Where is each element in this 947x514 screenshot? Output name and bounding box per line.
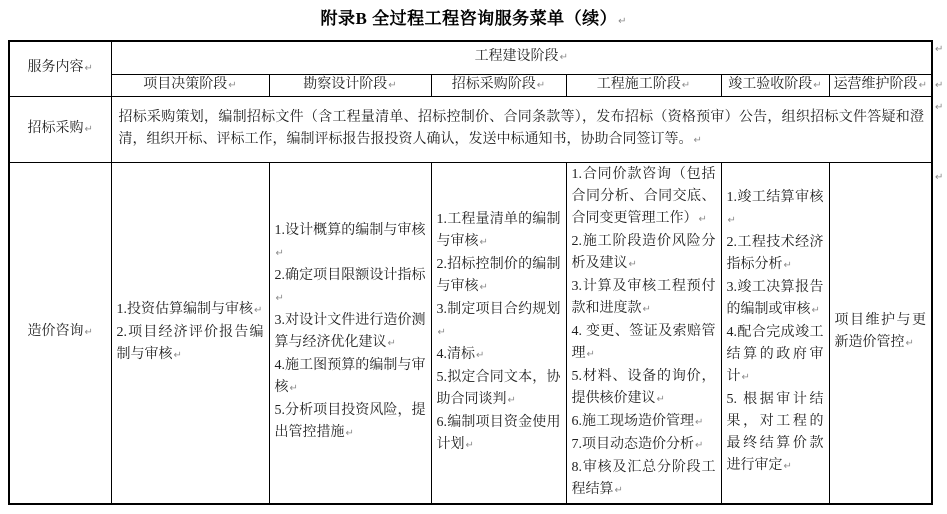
service-item: 1.竣工结算审核↵ xyxy=(727,187,824,232)
service-item-text: 1.合同价款咨询（包括合同分析、合同交底、合同变更管理工作） xyxy=(572,167,716,226)
paragraph-mark-icon: ↵ xyxy=(699,214,707,225)
service-item: 5.拟定合同文本，协助合同谈判↵ xyxy=(437,367,561,412)
service-menu-table: 服务内容↵ 工程建设阶段↵ 项目决策阶段↵ 勘察设计阶段↵ 招标采购阶段↵ 工程… xyxy=(8,40,933,505)
header-construction-phase-label: 工程建设阶段 xyxy=(475,49,559,64)
paragraph-mark-icon: ↵ xyxy=(629,259,637,270)
header-cell-stage-survey-design: 勘察设计阶段↵ xyxy=(269,74,431,96)
paragraph-mark-icon: ↵ xyxy=(276,293,284,304)
header-cell-stage-operation: 运营维护阶段↵ xyxy=(829,74,932,96)
row-label-bidding: 招标采购 xyxy=(28,121,84,136)
stage-header-label: 运营维护阶段 xyxy=(834,77,918,92)
header-cell-stage-completion: 竣工验收阶段↵ xyxy=(721,74,829,96)
service-item-text: 5.拟定合同文本，协助合同谈判 xyxy=(437,370,561,407)
paragraph-mark-icon: ↵ xyxy=(682,80,690,91)
paragraph-mark-icon: ↵ xyxy=(657,394,665,405)
service-item: 3.制定项目合约规划↵ xyxy=(437,299,561,344)
service-item: 5.分析项目投资风险，提出管控措施↵ xyxy=(275,400,426,445)
paragraph-mark-icon: ↵ xyxy=(728,215,736,226)
row-end-mark-icon: ↵ xyxy=(935,172,947,183)
header-cell-stage-bidding: 招标采购阶段↵ xyxy=(431,74,566,96)
paragraph-mark-icon: ↵ xyxy=(290,383,298,394)
cost-cell-construction-stage: 1.合同价款咨询（包括合同分析、合同交底、合同变更管理工作）↵2.施工阶段造价风… xyxy=(566,162,721,504)
service-item: 4.配合完成竣工结算的政府审计↵ xyxy=(727,322,824,389)
cost-cell-decision-stage: 1.投资估算编制与审核↵2.项目经济评价报告编制与审核↵ xyxy=(111,162,269,504)
row-end-mark-icon: ↵ xyxy=(935,44,947,55)
paragraph-mark-icon: ↵ xyxy=(742,372,750,383)
service-item-text: 5. 根据审计结果，对工程的最终结算价款进行审定 xyxy=(727,392,824,473)
paragraph-mark-icon: ↵ xyxy=(476,350,484,361)
service-item: 2.招标控制价的编制与审核↵ xyxy=(437,254,561,299)
paragraph-mark-icon: ↵ xyxy=(694,135,702,146)
service-item: 1.工程量清单的编制与审核↵ xyxy=(437,209,561,254)
paragraph-mark-icon: ↵ xyxy=(480,237,488,248)
paragraph-mark-icon: ↵ xyxy=(587,349,595,360)
stage-header-label: 勘察设计阶段 xyxy=(303,77,387,92)
header-cell-stage-construction: 工程施工阶段↵ xyxy=(566,74,721,96)
service-item: 3.竣工决算报告的编制或审核↵ xyxy=(727,277,824,322)
service-item: 8.审核及汇总分阶段工程结算↵ xyxy=(572,457,716,502)
service-item: 2.工程技术经济指标分析↵ xyxy=(727,232,824,277)
service-item: 4. 变更、签证及索赔管理↵ xyxy=(572,321,716,366)
paragraph-mark-icon: ↵ xyxy=(695,417,703,428)
service-item-text: 6.编制项目资金使用计划 xyxy=(437,415,561,452)
service-item-text: 1.设计概算的编制与审核 xyxy=(275,223,426,238)
service-item: 6.施工现场造价管理↵ xyxy=(572,411,716,434)
paragraph-mark-icon: ↵ xyxy=(346,428,354,439)
row-end-mark-icon: ↵ xyxy=(935,80,947,91)
service-item: 4.清标↵ xyxy=(437,344,561,367)
row-bidding-procurement: 招标采购↵ 招标采购策划，编制招标文件（含工程量清单、招标控制价、合同条款等），… xyxy=(9,96,932,162)
header-row-stages: 项目决策阶段↵ 勘察设计阶段↵ 招标采购阶段↵ 工程施工阶段↵ 竣工验收阶段↵ … xyxy=(9,74,932,96)
service-item: 2.施工阶段造价风险分析及建议↵ xyxy=(572,231,716,276)
service-item: 1.投资估算编制与审核↵ xyxy=(117,299,264,322)
service-item-text: 3.制定项目合约规划 xyxy=(437,302,561,317)
document-title: 附录B 全过程工程咨询服务菜单（续） xyxy=(321,9,618,28)
paragraph-mark-icon: ↵ xyxy=(85,124,93,135)
service-item: 4.施工图预算的编制与审核↵ xyxy=(275,355,426,400)
paragraph-mark-icon: ↵ xyxy=(643,304,651,315)
service-item-text: 2.施工阶段造价风险分析及建议 xyxy=(572,234,716,271)
paragraph-mark-icon: ↵ xyxy=(388,338,396,349)
paragraph-mark-icon: ↵ xyxy=(784,260,792,271)
paragraph-mark-icon: ↵ xyxy=(537,80,545,91)
service-item-text: 3.竣工决算报告的编制或审核 xyxy=(727,280,824,317)
row-label-cost: 造价咨询 xyxy=(28,324,84,339)
stage-header-label: 招标采购阶段 xyxy=(452,77,536,92)
paragraph-mark-icon: ↵ xyxy=(560,52,568,63)
service-item: 5.材料、设备的询价，提供核价建议↵ xyxy=(572,366,716,411)
paragraph-mark-icon: ↵ xyxy=(276,248,284,259)
service-item-text: 2.招标控制价的编制与审核 xyxy=(437,257,561,294)
stage-header-label: 工程施工阶段 xyxy=(597,77,681,92)
service-item-text: 5.材料、设备的询价，提供核价建议 xyxy=(572,369,716,406)
paragraph-mark-icon: ↵ xyxy=(388,80,396,91)
document-title-line: 附录B 全过程工程咨询服务菜单（续）↵ xyxy=(0,0,947,32)
service-item-text: 4.清标 xyxy=(437,347,476,362)
row-label-cell-cost: 造价咨询↵ xyxy=(9,162,111,504)
header-cell-stage-decision: 项目决策阶段↵ xyxy=(111,74,269,96)
paragraph-mark-icon: ↵ xyxy=(228,80,236,91)
service-item-text: 1.竣工结算审核 xyxy=(727,190,824,205)
service-item-text: 7.项目动态造价分析 xyxy=(572,437,695,452)
service-item-text: 2.项目经济评价报告编制与审核 xyxy=(117,325,264,362)
service-item: 3.对设计文件进行造价测算与经济优化建议↵ xyxy=(275,310,426,355)
service-item: 3.计算及审核工程预付款和进度款↵ xyxy=(572,276,716,321)
paragraph-mark-icon: ↵ xyxy=(438,327,446,338)
paragraph-mark-icon: ↵ xyxy=(480,282,488,293)
service-item-text: 2.工程技术经济指标分析 xyxy=(727,235,824,272)
service-item-text: 1.工程量清单的编制与审核 xyxy=(437,212,561,249)
paragraph-mark-icon: ↵ xyxy=(615,485,623,496)
service-item: 1.设计概算的编制与审核↵ xyxy=(275,220,426,265)
header-service-content-label: 服务内容 xyxy=(28,60,84,75)
service-item-text: 8.审核及汇总分阶段工程结算 xyxy=(572,460,716,497)
paragraph-mark-icon: ↵ xyxy=(784,461,792,472)
row-label-cell-bidding: 招标采购↵ xyxy=(9,96,111,162)
stage-header-label: 竣工验收阶段 xyxy=(728,77,812,92)
paragraph-mark-icon: ↵ xyxy=(813,80,821,91)
paragraph-mark-icon: ↵ xyxy=(919,80,927,91)
row-cost-consulting: 造价咨询↵ 1.投资估算编制与审核↵2.项目经济评价报告编制与审核↵ 1.设计概… xyxy=(9,162,932,504)
cost-cell-completion-stage: 1.竣工结算审核↵2.工程技术经济指标分析↵3.竣工决算报告的编制或审核↵4.配… xyxy=(721,162,829,504)
paragraph-mark-icon: ↵ xyxy=(85,327,93,338)
paragraph-mark-icon: ↵ xyxy=(85,63,93,74)
bidding-procurement-content: 招标采购策划，编制招标文件（含工程量清单、招标控制价、合同条款等），发布招标（资… xyxy=(119,110,925,147)
document-page: 附录B 全过程工程咨询服务菜单（续）↵ 服务内容↵ 工程建设阶段↵ 项目决策阶段… xyxy=(0,0,947,514)
service-item-text: 2.确定项目限额设计指标 xyxy=(275,268,426,283)
service-item: 2.项目经济评价报告编制与审核↵ xyxy=(117,322,264,367)
paragraph-mark-icon: ↵ xyxy=(906,338,914,349)
service-item-text: 1.投资估算编制与审核 xyxy=(117,302,254,317)
cost-cell-survey-design-stage: 1.设计概算的编制与审核↵2.确定项目限额设计指标↵3.对设计文件进行造价测算与… xyxy=(269,162,431,504)
service-item-text: 3.对设计文件进行造价测算与经济优化建议 xyxy=(275,313,426,350)
bidding-procurement-content-cell: 招标采购策划，编制招标文件（含工程量清单、招标控制价、合同条款等），发布招标（资… xyxy=(111,96,932,162)
cost-cell-bidding-stage: 1.工程量清单的编制与审核↵2.招标控制价的编制与审核↵3.制定项目合约规划↵4… xyxy=(431,162,566,504)
service-item: 5. 根据审计结果，对工程的最终结算价款进行审定↵ xyxy=(727,389,824,478)
service-item: 7.项目动态造价分析↵ xyxy=(572,434,716,457)
paragraph-mark-icon: ↵ xyxy=(174,350,182,361)
paragraph-mark-icon: ↵ xyxy=(695,440,703,451)
service-item: 2.确定项目限额设计指标↵ xyxy=(275,265,426,310)
service-item: 6.编制项目资金使用计划↵ xyxy=(437,412,561,457)
header-row-phase: 服务内容↵ 工程建设阶段↵ xyxy=(9,41,932,74)
service-item: 1.合同价款咨询（包括合同分析、合同交底、合同变更管理工作）↵ xyxy=(572,164,716,231)
stage-header-label: 项目决策阶段 xyxy=(143,77,227,92)
row-end-mark-icon: ↵ xyxy=(935,102,947,113)
service-item-text: 6.施工现场造价管理 xyxy=(572,414,695,429)
paragraph-mark-icon: ↵ xyxy=(508,395,516,406)
paragraph-mark-icon: ↵ xyxy=(618,16,626,27)
paragraph-mark-icon: ↵ xyxy=(254,305,262,316)
header-cell-service-content: 服务内容↵ xyxy=(9,41,111,96)
paragraph-mark-icon: ↵ xyxy=(812,305,820,316)
header-cell-construction-phase: 工程建设阶段↵ xyxy=(111,41,932,74)
paragraph-mark-icon: ↵ xyxy=(466,440,474,451)
service-item: 项目维护与更新造价管控↵ xyxy=(835,310,927,355)
cost-cell-operation-stage: 项目维护与更新造价管控↵ xyxy=(829,162,932,504)
